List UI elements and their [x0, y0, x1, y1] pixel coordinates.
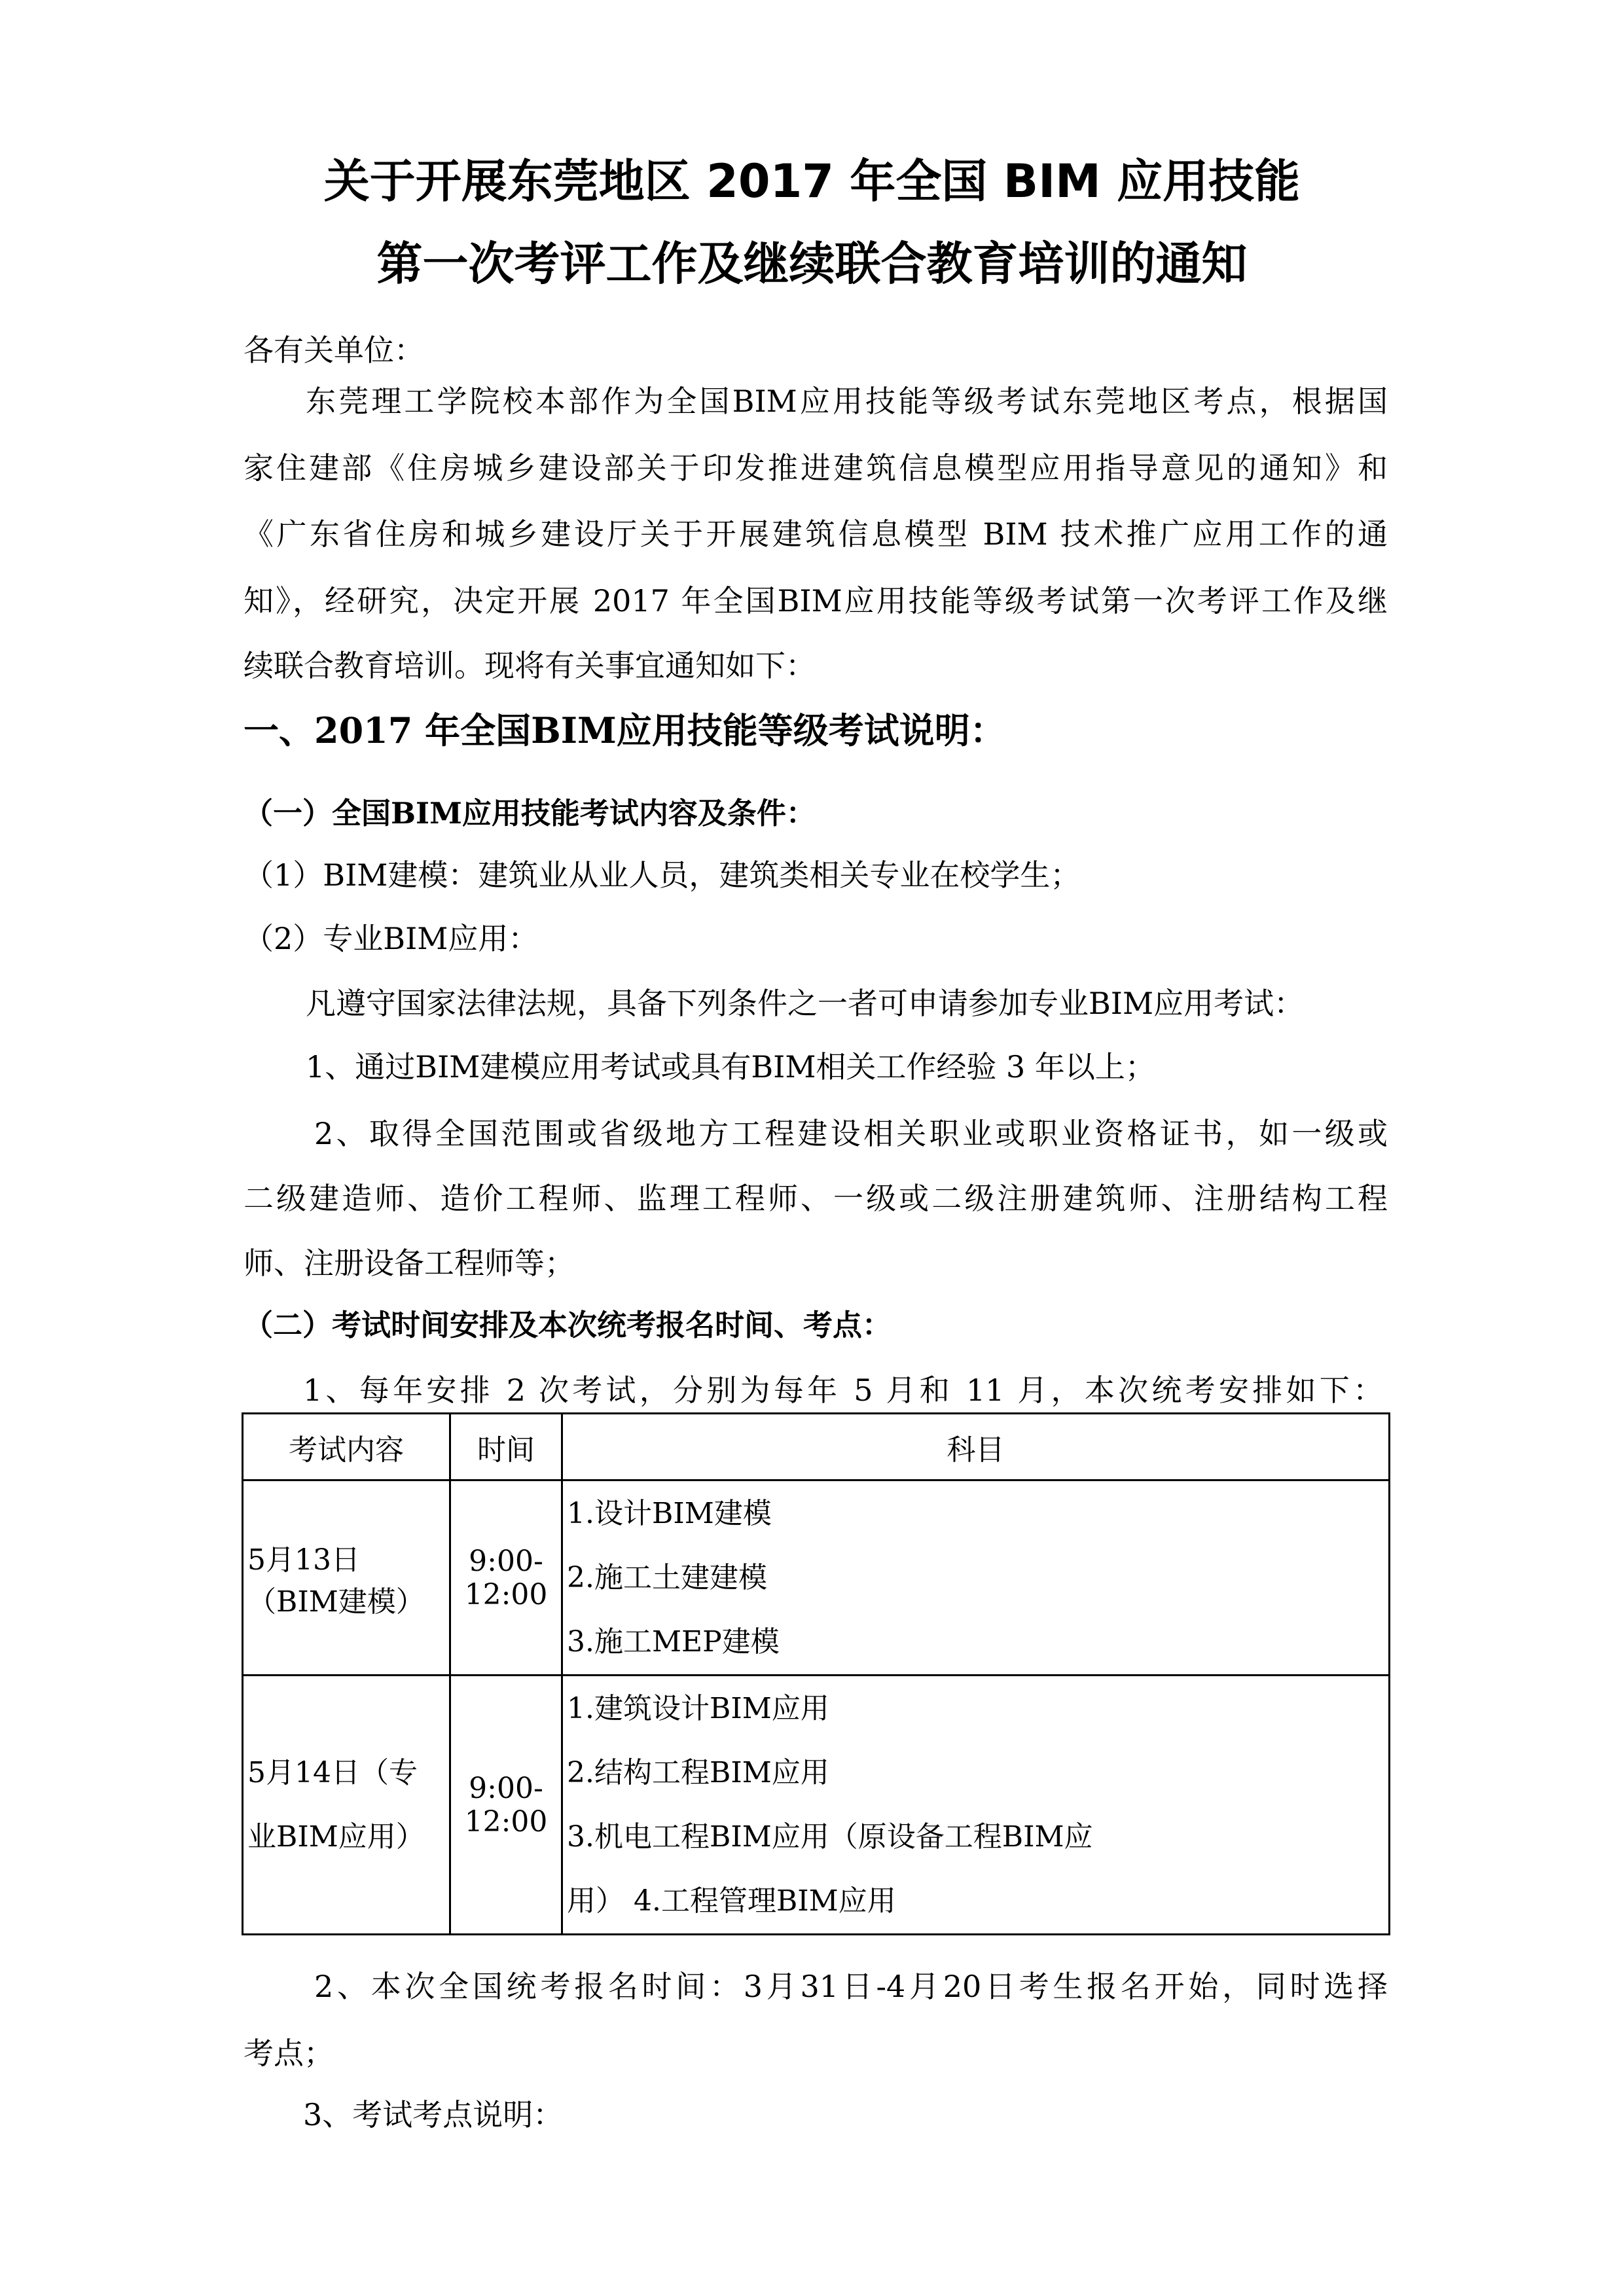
schedule-intro: 1、每年安排 2 次考试，分别为每年 5 月和 11 月，本次统考安排如下：: [303, 1371, 1383, 1410]
cell-exam-content: 5月13日（BIM建模）: [243, 1480, 450, 1676]
header-subjects: 科目: [562, 1414, 1390, 1480]
condition-2-line-2: 二级建造师、造价工程师、监理工程师、一级或二级注册建筑师、注册结构工程: [244, 1179, 1388, 1218]
salutation: 各有关单位：: [244, 331, 424, 370]
intro-line-3: 《广东省住房和城乡建设厅关于开展建筑信息模型 BIM 技术推广应用工作的通: [244, 514, 1388, 554]
title-line-1: 关于开展东莞地区 2017 年全国 BIM 应用技能: [0, 152, 1624, 211]
condition-1: 1、通过BIM建模应用考试或具有BIM相关工作经验 3 年以上；: [306, 1047, 1155, 1086]
item-bim-modeling: （1）BIM建模：建筑业从业人员，建筑类相关专业在校学生；: [244, 855, 1080, 895]
subject-item: 1.建筑设计BIM应用: [567, 1677, 1384, 1741]
table-row: 5月14日（专业BIM应用） 9:00-12:00 1.建筑设计BIM应用 2.…: [243, 1676, 1390, 1935]
subsection-2-heading: （二）考试时间安排及本次统考报名时间、考点：: [244, 1306, 892, 1345]
subject-item: 1.设计BIM建模: [567, 1482, 1384, 1546]
cell-subjects: 1.设计BIM建模 2.施工土建建模 3.施工MEP建模: [562, 1480, 1390, 1676]
cell-exam-content: 5月14日（专业BIM应用）: [243, 1676, 450, 1935]
table-header-row: 考试内容 时间 科目: [243, 1414, 1390, 1480]
cell-time: 9:00-12:00: [450, 1480, 562, 1676]
subject-item: 3.机电工程BIM应用（原设备工程BIM应: [567, 1805, 1384, 1869]
header-time: 时间: [450, 1414, 562, 1480]
header-exam-content: 考试内容: [243, 1414, 450, 1480]
intro-line-5: 续联合教育培训。现将有关事宜通知如下：: [244, 646, 816, 685]
registration-line-2: 考点；: [244, 2034, 334, 2073]
title-line-2: 第一次考评工作及继续联合教育培训的通知: [0, 234, 1624, 293]
cell-time: 9:00-12:00: [450, 1676, 562, 1935]
item-professional-bim: （2）专业BIM应用：: [244, 919, 538, 958]
cell-subjects: 1.建筑设计BIM应用 2.结构工程BIM应用 3.机电工程BIM应用（原设备工…: [562, 1676, 1390, 1935]
exam-schedule-table: 考试内容 时间 科目 5月13日（BIM建模） 9:00-12:00 1.设计B…: [242, 1412, 1390, 1935]
registration-line-1: 2、本次全国统考报名时间：3月31日-4月20日考生报名开始，同时选择: [314, 1967, 1388, 2006]
condition-2-line-1: 2、取得全国范围或省级地方工程建设相关职业或职业资格证书，如一级或: [314, 1114, 1388, 1153]
conditions-intro: 凡遵守国家法律法规，具备下列条件之一者可申请参加专业BIM应用考试：: [306, 984, 1304, 1023]
document-page: 关于开展东莞地区 2017 年全国 BIM 应用技能 第一次考评工作及继续联合教…: [0, 0, 1624, 2296]
intro-line-2: 家住建部《住房城乡建设部关于印发推进建筑信息模型应用指导意见的通知》和: [244, 448, 1388, 488]
section-1-heading: 一、2017 年全国BIM应用技能等级考试说明：: [244, 711, 1005, 750]
intro-line-1: 东莞理工学院校本部作为全国BIM应用技能等级考试东莞地区考点，根据国: [306, 382, 1388, 421]
table-row: 5月13日（BIM建模） 9:00-12:00 1.设计BIM建模 2.施工土建…: [243, 1480, 1390, 1676]
subsection-1-heading: （一）全国BIM应用技能考试内容及条件：: [244, 794, 816, 833]
intro-line-4: 知》，经研究，决定开展 2017 年全国BIM应用技能等级考试第一次考评工作及继: [244, 581, 1388, 620]
exam-site-heading: 3、考试考点说明：: [303, 2095, 563, 2134]
subject-item: 2.施工土建建模: [567, 1546, 1384, 1610]
subject-item: 3.施工MEP建模: [567, 1610, 1384, 1674]
condition-2-line-3: 师、注册设备工程师等；: [244, 1244, 575, 1283]
subject-item: 2.结构工程BIM应用: [567, 1741, 1384, 1805]
subject-item: 用） 4.工程管理BIM应用: [567, 1869, 1384, 1933]
